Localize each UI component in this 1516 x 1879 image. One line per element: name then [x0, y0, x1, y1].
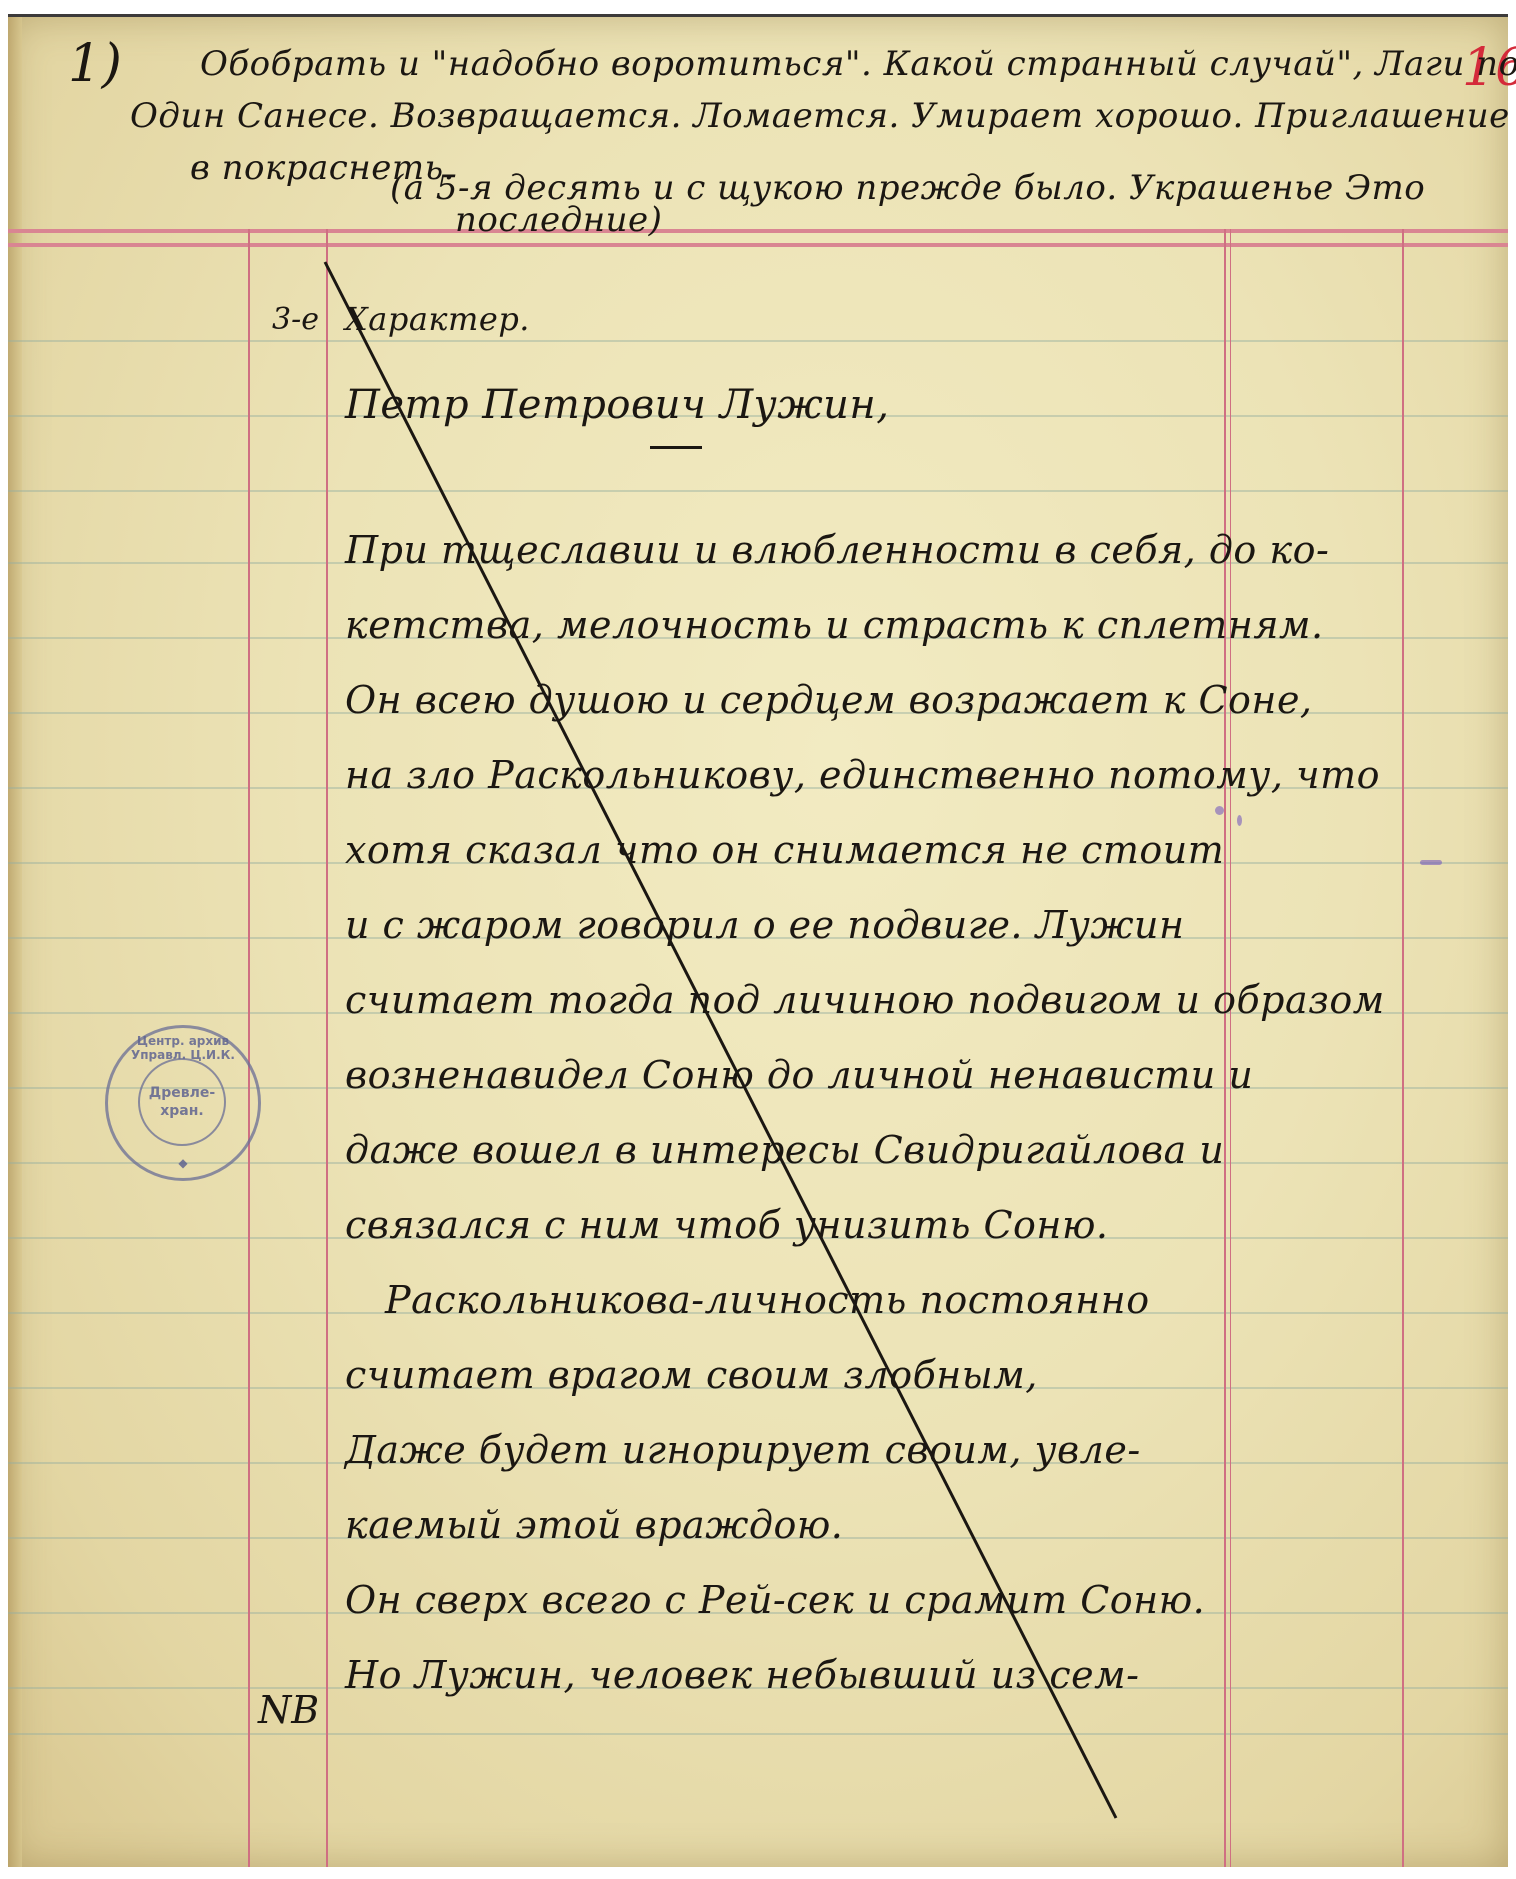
ink-spot: [1420, 860, 1442, 865]
body-line-13: Даже будет игнорирует своим, увле-: [345, 1428, 1141, 1472]
top-note-marker: 1): [68, 34, 122, 94]
stamp-center-line-2: хран.: [160, 1102, 204, 1120]
body-line-7: считает тогда под личиною подвигом и обр…: [345, 978, 1385, 1022]
stamp-diamond-icon: ◆: [108, 1156, 258, 1170]
stamp-center: Древле- хран.: [138, 1058, 226, 1146]
ink-spot: [1215, 806, 1224, 815]
header-red-rule-bottom: [8, 243, 1508, 247]
section-heading: Характер.: [345, 300, 530, 338]
body-line-14: каемый этой враждою.: [345, 1503, 843, 1547]
right-margin-rule: [1224, 229, 1226, 1867]
ruled-line: [8, 1733, 1508, 1735]
separator-dash: [650, 446, 702, 449]
archive-stamp: Центр. архив Управл. Ц.И.К. Древле- хран…: [105, 1025, 261, 1181]
text-margin-rule: [326, 229, 328, 1867]
character-name: Петр Петрович Лужин,: [345, 382, 890, 428]
body-line-4: на зло Раскольникову, единственно потому…: [345, 753, 1380, 797]
header-red-rule-top: [8, 229, 1508, 233]
body-line-15: Он сверх всего с Рей-сек и срамит Соню.: [345, 1578, 1205, 1622]
body-line-5: хотя сказал что он снимается не стоит: [345, 828, 1224, 872]
top-note-line-2: Один Санесе. Возвращается. Ломается. Уми…: [130, 96, 1510, 136]
body-line-9: даже вошел в интересы Свидригайлова и: [345, 1128, 1224, 1172]
body-line-11: Раскольникова-личность постоянно: [385, 1278, 1150, 1322]
section-number: 3-е: [272, 302, 319, 337]
ruled-line: [8, 490, 1508, 492]
top-note-line-1: Обобрать и "надобно воротиться". Какой с…: [200, 44, 1516, 84]
page-edge: [8, 17, 22, 1867]
body-line-1: При тщеславии и влюбленности в себя, до …: [345, 528, 1329, 572]
body-line-16: Но Лужин, человек небывший из сем-: [345, 1653, 1139, 1697]
right-margin-rule-inner: [1230, 229, 1231, 1867]
outer-margin-rule: [1402, 229, 1404, 1867]
top-note-line-5: последние): [455, 200, 662, 240]
ruled-line: [8, 340, 1508, 342]
stamp-center-line-1: Древле-: [149, 1084, 215, 1102]
body-line-8: возненавидел Соню до личной ненависти и: [345, 1053, 1253, 1097]
body-line-12: считает врагом своим злобным,: [345, 1353, 1038, 1397]
body-line-10: связался с ним чтоб унизить Соню.: [345, 1203, 1109, 1247]
body-line-3: Он всею душою и сердцем возражает к Соне…: [345, 678, 1313, 722]
body-line-6: и с жаром говорил о ее подвиге. Лужин: [345, 903, 1185, 947]
ink-spot: [1237, 815, 1242, 826]
body-line-2: кетства, мелочность и страсть к сплетням…: [345, 603, 1324, 647]
nb-margin-mark: NB: [258, 1688, 319, 1732]
